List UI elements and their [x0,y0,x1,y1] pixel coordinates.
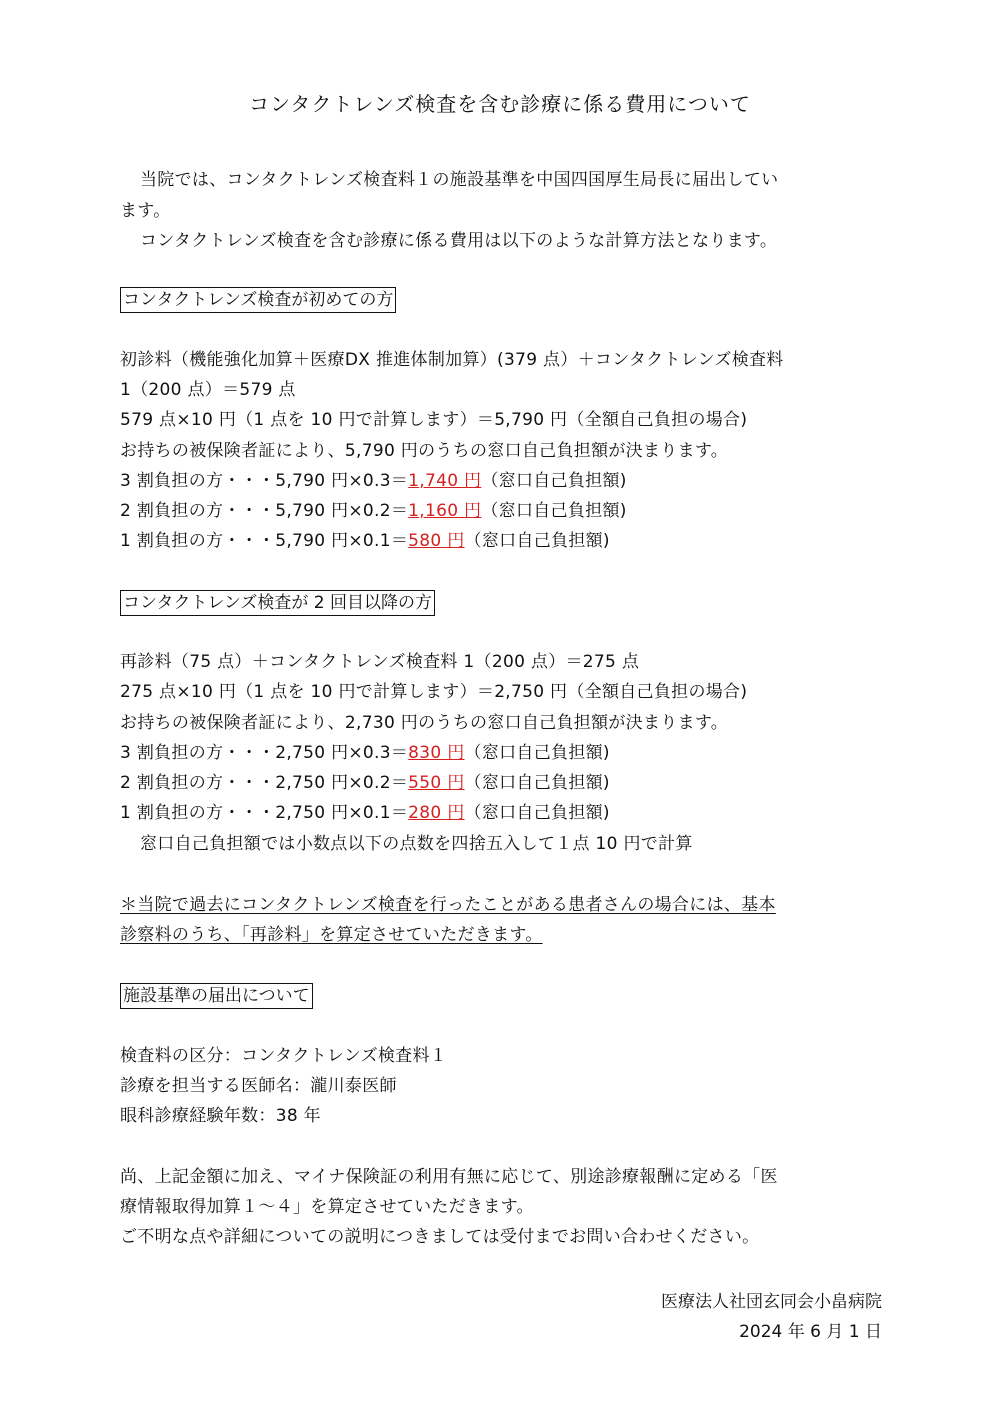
closing-line-2: 療情報取得加算１～４」を算定させていただきます。 [120,1195,534,1219]
copay-amount: 280 円 [408,803,464,823]
notice-line-2: 診察料のうち、「再診料」を算定させていただきます。 [120,923,543,947]
signature-organization: 医療法人社団玄同会小畠病院 [661,1287,882,1312]
copay-formula: 1 割負担の方・・・5,790 円×0.1＝ [120,531,408,551]
section-heading-first-visit: コンタクトレンズ検査が初めての方 [120,287,396,313]
repeat-calc-line-1: 再診料（75 点）＋コンタクトレンズ検査料 1（200 点）＝275 点 [120,650,639,674]
first-calc-line-1: 初診料（機能強化加算＋医療DX 推進体制加算）(379 点）＋コンタクトレンズ検… [120,348,784,372]
document-title: コンタクトレンズ検査を含む診療に係る費用について [0,88,1000,117]
repeat-copay-row-20: 2 割負担の方・・・2,750 円×0.2＝550 円（窓口自己負担額) [120,771,610,795]
first-calc-line-4: お持ちの被保険者証により、5,790 円のうちの窓口自己負担額が決まります。 [120,439,728,463]
intro-line-2: ます。 [120,199,171,223]
facility-line-2: 診療を担当する医師名：瀧川泰医師 [120,1074,397,1098]
signature-date: 2024 年 6 月 1 日 [739,1317,882,1342]
first-copay-row-30: 3 割負担の方・・・5,790 円×0.3＝1,740 円（窓口自己負担額) [120,469,627,493]
closing-line-1: 尚、上記金額に加え、マイナ保険証の利用有無に応じて、別途診療報酬に定める「医 [120,1165,778,1189]
copay-formula: 2 割負担の方・・・2,750 円×0.2＝ [120,773,408,793]
copay-amount: 550 円 [408,773,464,793]
copay-amount: 830 円 [408,743,464,763]
repeat-calc-line-3: お持ちの被保険者証により、2,730 円のうちの窓口自己負担額が決まります。 [120,711,728,735]
copay-label: （窓口自己負担額) [481,471,626,491]
copay-formula: 2 割負担の方・・・5,790 円×0.2＝ [120,501,408,521]
repeat-copay-row-30: 3 割負担の方・・・2,750 円×0.3＝830 円（窓口自己負担額) [120,741,610,765]
facility-line-1: 検査料の区分：コンタクトレンズ検査料１ [120,1044,447,1068]
copay-amount: 580 円 [408,531,464,551]
copay-formula: 1 割負担の方・・・2,750 円×0.1＝ [120,803,408,823]
document-page: コンタクトレンズ検査を含む診療に係る費用について 当院では、コンタクトレンズ検査… [0,0,1000,1415]
intro-line-3: コンタクトレンズ検査を含む診療に係る費用は以下のような計算方法となります。 [140,229,777,253]
copay-label: （窓口自己負担額) [465,531,610,551]
repeat-calc-line-2: 275 点×10 円（1 点を 10 円で計算します）＝2,750 円（全額自己… [120,680,747,704]
copay-label: （窓口自己負担額) [465,773,610,793]
first-calc-line-2: 1（200 点）＝579 点 [120,378,296,402]
copay-label: （窓口自己負担額) [481,501,626,521]
copay-label: （窓口自己負担額) [465,803,610,823]
intro-line-1: 当院では、コンタクトレンズ検査料１の施設基準を中国四国厚生局長に届出してい [140,168,778,192]
copay-formula: 3 割負担の方・・・5,790 円×0.3＝ [120,471,408,491]
notice-line-1: ＊当院で過去にコンタクトレンズ検査を行ったことがある患者さんの場合には、基本 [120,893,776,917]
rounding-note: 窓口自己負担額では小数点以下の点数を四捨五入して１点 10 円で計算 [140,832,693,856]
repeat-copay-row-10: 1 割負担の方・・・2,750 円×0.1＝280 円（窓口自己負担額) [120,801,610,825]
copay-formula: 3 割負担の方・・・2,750 円×0.3＝ [120,743,408,763]
copay-amount: 1,740 円 [408,471,481,491]
first-calc-line-3: 579 点×10 円（1 点を 10 円で計算します）＝5,790 円（全額自己… [120,408,747,432]
first-copay-row-10: 1 割負担の方・・・5,790 円×0.1＝580 円（窓口自己負担額) [120,529,610,553]
copay-amount: 1,160 円 [408,501,481,521]
copay-label: （窓口自己負担額) [465,743,610,763]
section-heading-repeat-visit: コンタクトレンズ検査が 2 回目以降の方 [120,590,435,616]
facility-line-3: 眼科診療経験年数：38 年 [120,1104,321,1128]
closing-line-3: ご不明な点や詳細についての説明につきましては受付までお問い合わせください。 [120,1225,759,1249]
first-copay-row-20: 2 割負担の方・・・5,790 円×0.2＝1,160 円（窓口自己負担額) [120,499,627,523]
section-heading-facility: 施設基準の届出について [120,983,313,1009]
